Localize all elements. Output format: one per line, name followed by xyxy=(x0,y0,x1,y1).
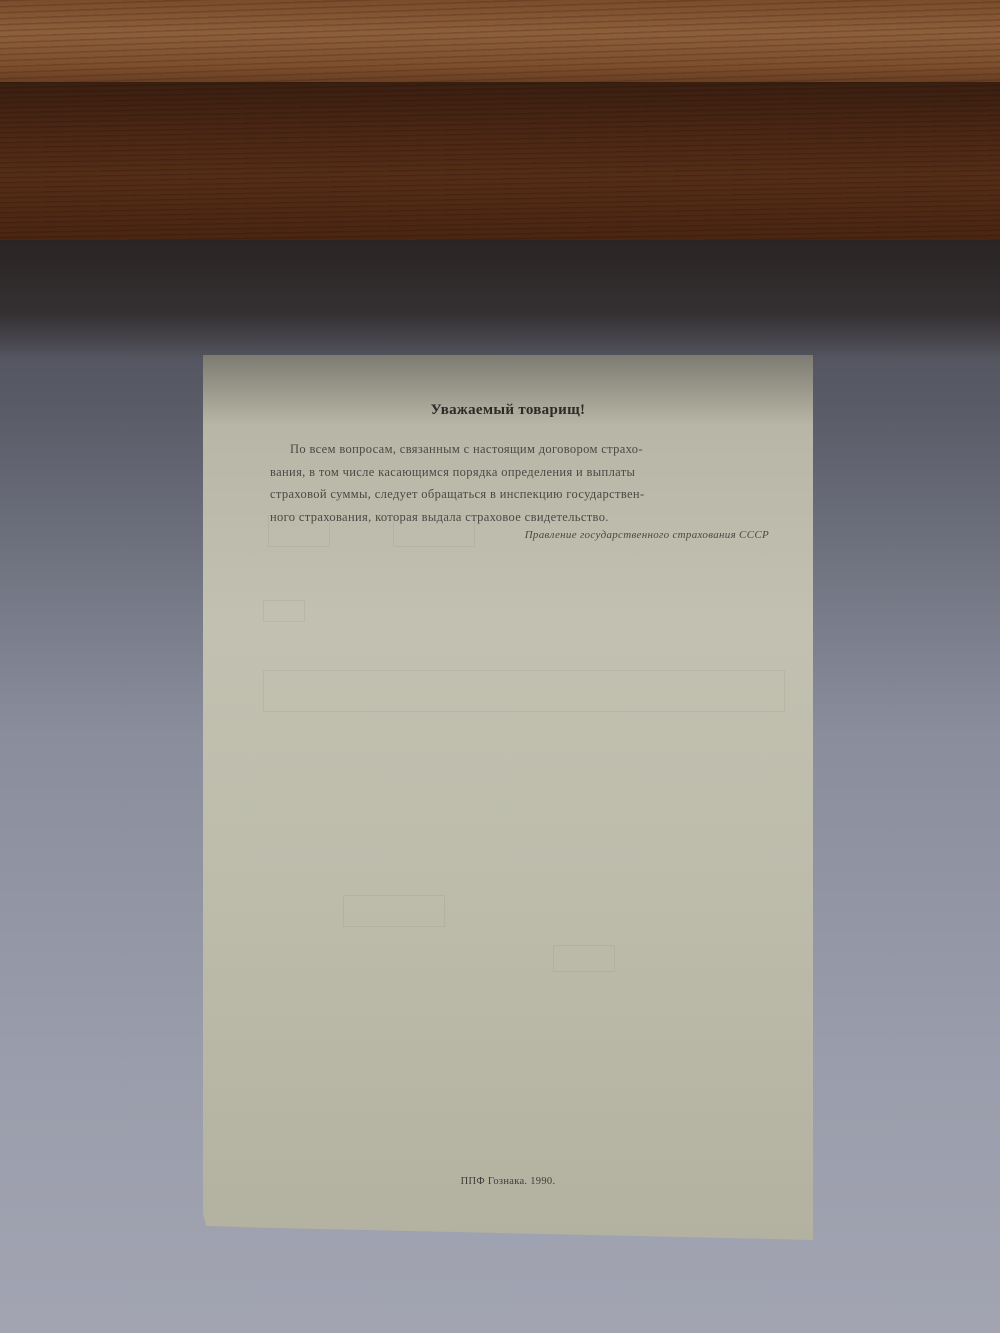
show-through-box xyxy=(553,945,615,972)
body-paragraph: По всем вопросам, связанным с настоящим … xyxy=(270,438,759,528)
show-through-box xyxy=(343,895,445,927)
body-line: вания, в том числе касающимся порядка оп… xyxy=(270,461,759,484)
body-line: ного страхования, которая выдала страхов… xyxy=(270,506,759,529)
show-through-box xyxy=(263,600,305,622)
show-through-box xyxy=(263,670,785,712)
body-line: По всем вопросам, связанным с настоящим … xyxy=(270,438,759,461)
wood-shelf-top xyxy=(0,0,1000,82)
page-title: Уважаемый товарищ! xyxy=(203,402,813,419)
shadow-band xyxy=(0,240,1000,360)
wood-shelf-front xyxy=(0,82,1000,240)
document-sheet: Уважаемый товарищ! По всем вопросам, свя… xyxy=(203,355,813,1240)
signature: Правление государственного страхования С… xyxy=(525,529,769,541)
printer-imprint: ППФ Гознака. 1990. xyxy=(203,1176,813,1187)
body-line: страховой суммы, следует обращаться в ин… xyxy=(270,483,759,506)
